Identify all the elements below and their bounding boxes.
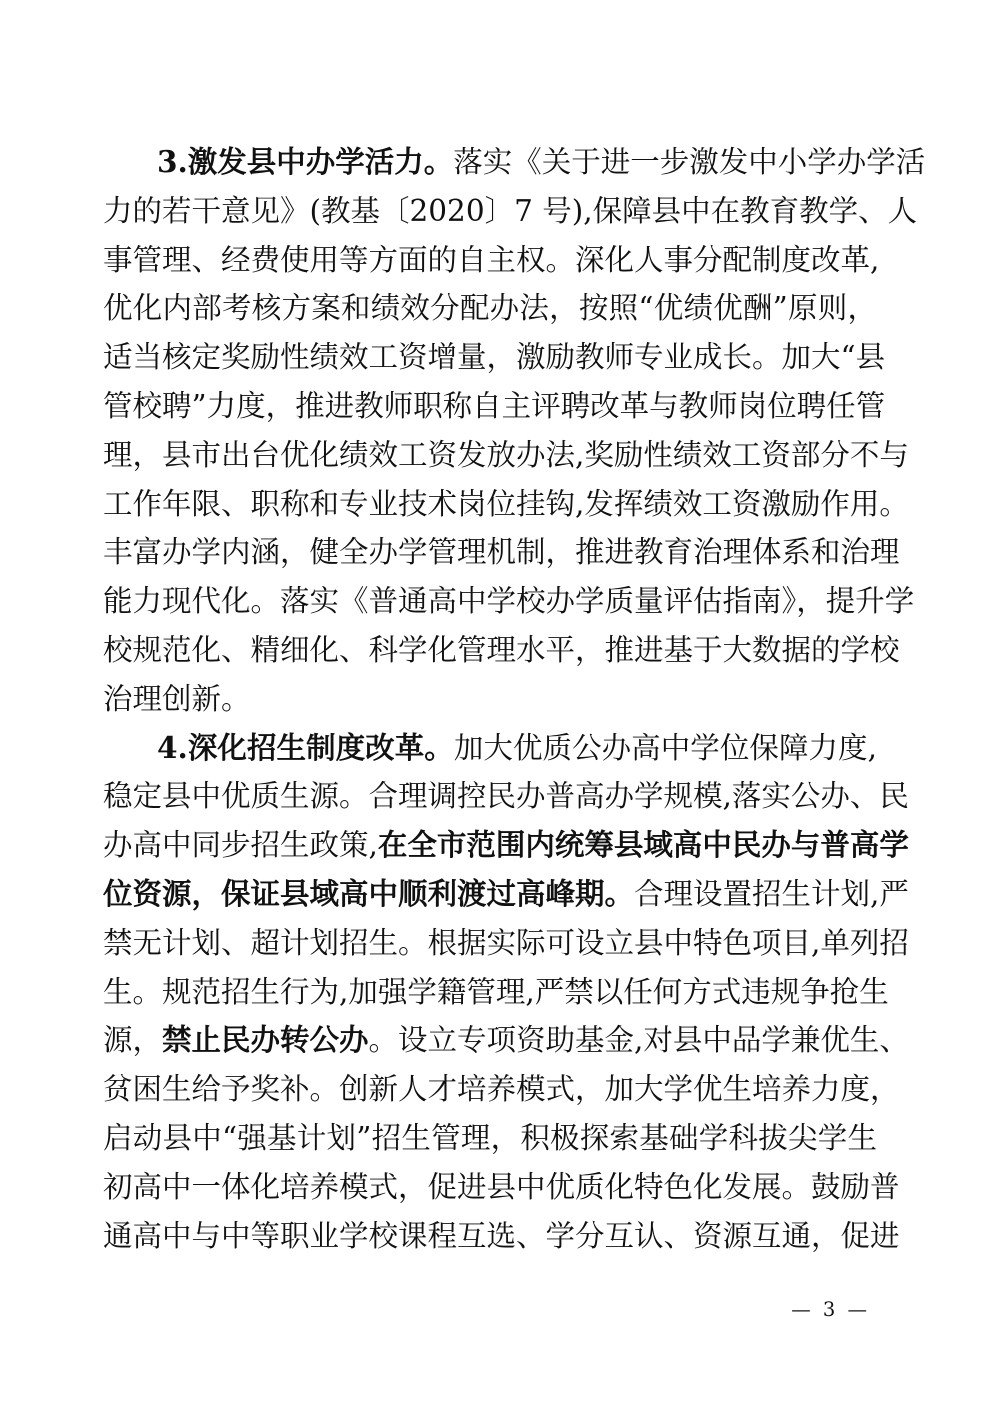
text-line: 通高中与中等职业学校课程互选、学分互认、资源互通，促进: [103, 1212, 877, 1261]
text-line: 启动县中“强基计划”招生管理，积极探索基础学科拔尖学生: [103, 1114, 877, 1163]
body-text: 落实《关于进一步激发中小学办学活: [453, 145, 925, 179]
text-line: 源，禁止民办转公办。设立专项资助基金,对县中品学兼优生、: [103, 1016, 877, 1065]
text-line: 理，县市出台优化绩效工资发放办法,奖励性绩效工资部分不与: [103, 431, 877, 480]
body-text: 校规范化、精细化、科学化管理水平，推进基于大数据的学校: [103, 633, 900, 667]
emphasized-text: 在全市范围内统筹县域高中民办与普高学: [378, 827, 909, 862]
text-line: 生。规范招生行为,加强学籍管理,严禁以任何方式违规争抢生: [103, 968, 877, 1017]
emphasized-text: 位资源，保证县域高中顺利渡过高峰期。: [103, 876, 634, 911]
body-text: 通高中与中等职业学校课程互选、学分互认、资源互通，促进: [103, 1219, 900, 1253]
text-line: 办高中同步招生政策,在全市范围内统筹县域高中民办与普高学: [103, 821, 877, 870]
body-text: 加大优质公办高中学位保障力度,: [454, 731, 877, 765]
emphasized-text: 4.深化招生制度改革。: [157, 730, 454, 765]
text-line: 事管理、经费使用等方面的自主权。深化人事分配制度改革,: [103, 236, 877, 285]
text-line: 4.深化招生制度改革。加大优质公办高中学位保障力度,: [103, 724, 877, 773]
paragraph-1: 3.激发县中办学活力。落实《关于进一步激发中小学办学活力的若干意见》(教基〔20…: [103, 138, 877, 724]
body-text: 办高中同步招生政策,: [103, 828, 378, 862]
body-text: 理，县市出台优化绩效工资发放办法,奖励性绩效工资部分不与: [103, 438, 909, 472]
text-line: 优化内部考核方案和绩效分配办法，按照“优绩优酬”原则，: [103, 284, 877, 333]
body-text: 能力现代化。落实《普通高中学校办学质量评估指南》，提升学: [103, 584, 914, 618]
text-line: 治理创新。: [103, 675, 877, 724]
text-line: 3.激发县中办学活力。落实《关于进一步激发中小学办学活: [103, 138, 877, 187]
body-text: 贫困生给予奖补。创新人才培养模式，加大学优生培养力度，: [103, 1072, 900, 1106]
paragraph-2: 4.深化招生制度改革。加大优质公办高中学位保障力度,稳定县中优质生源。合理调控民…: [103, 724, 877, 1261]
page-number: — 3 —: [791, 1297, 870, 1323]
body-text: 。设立专项资助基金,对县中品学兼优生、: [369, 1023, 909, 1057]
body-text: 稳定县中优质生源。合理调控民办普高办学规模,落实公办、民: [103, 779, 909, 813]
text-line: 力的若干意见》(教基〔2020〕7 号),保障县中在教育教学、人: [103, 187, 877, 236]
body-text: 治理创新。: [103, 682, 251, 716]
body-text: 合理设置招生计划,严: [634, 877, 909, 911]
document-body: 3.激发县中办学活力。落实《关于进一步激发中小学办学活力的若干意见》(教基〔20…: [103, 138, 877, 1260]
body-text: 丰富办学内涵，健全办学管理机制，推进教育治理体系和治理: [103, 535, 900, 569]
emphasized-text: 禁止民办转公办: [162, 1022, 369, 1057]
body-text: 源，: [103, 1023, 162, 1057]
text-line: 稳定县中优质生源。合理调控民办普高办学规模,落实公办、民: [103, 772, 877, 821]
text-line: 工作年限、职称和专业技术岗位挂钩,发挥绩效工资激励作用。: [103, 480, 877, 529]
text-line: 适当核定奖励性绩效工资增量，激励教师专业成长。加大“县: [103, 333, 877, 382]
text-line: 能力现代化。落实《普通高中学校办学质量评估指南》，提升学: [103, 577, 877, 626]
document-page: 3.激发县中办学活力。落实《关于进一步激发中小学办学活力的若干意见》(教基〔20…: [0, 0, 1000, 1414]
body-text: 工作年限、职称和专业技术岗位挂钩,发挥绩效工资激励作用。: [103, 487, 909, 521]
text-line: 初高中一体化培养模式，促进县中优质化特色化发展。鼓励普: [103, 1163, 877, 1212]
text-line: 位资源，保证县域高中顺利渡过高峰期。合理设置招生计划,严: [103, 870, 877, 919]
text-line: 管校聘”力度，推进教师职称自主评聘改革与教师岗位聘任管: [103, 382, 877, 431]
body-text: 事管理、经费使用等方面的自主权。深化人事分配制度改革,: [103, 243, 879, 277]
text-line: 丰富办学内涵，健全办学管理机制，推进教育治理体系和治理: [103, 528, 877, 577]
body-text: 初高中一体化培养模式，促进县中优质化特色化发展。鼓励普: [103, 1170, 900, 1204]
text-line: 禁无计划、超计划招生。根据实际可设立县中特色项目,单列招: [103, 919, 877, 968]
text-line: 校规范化、精细化、科学化管理水平，推进基于大数据的学校: [103, 626, 877, 675]
emphasized-text: 3.激发县中办学活力。: [157, 144, 453, 179]
body-text: 管校聘”力度，推进教师职称自主评聘改革与教师岗位聘任管: [103, 389, 885, 423]
text-line: 贫困生给予奖补。创新人才培养模式，加大学优生培养力度，: [103, 1065, 877, 1114]
body-text: 禁无计划、超计划招生。根据实际可设立县中特色项目,单列招: [103, 926, 909, 960]
body-text: 优化内部考核方案和绩效分配办法，按照“优绩优酬”原则，: [103, 291, 877, 325]
body-text: 力的若干意见》(教基〔2020〕7 号),保障县中在教育教学、人: [103, 194, 917, 228]
body-text: 启动县中“强基计划”招生管理，积极探索基础学科拔尖学生: [103, 1121, 877, 1155]
body-text: 生。规范招生行为,加强学籍管理,严禁以任何方式违规争抢生: [103, 975, 889, 1009]
body-text: 适当核定奖励性绩效工资增量，激励教师专业成长。加大“县: [103, 340, 885, 374]
